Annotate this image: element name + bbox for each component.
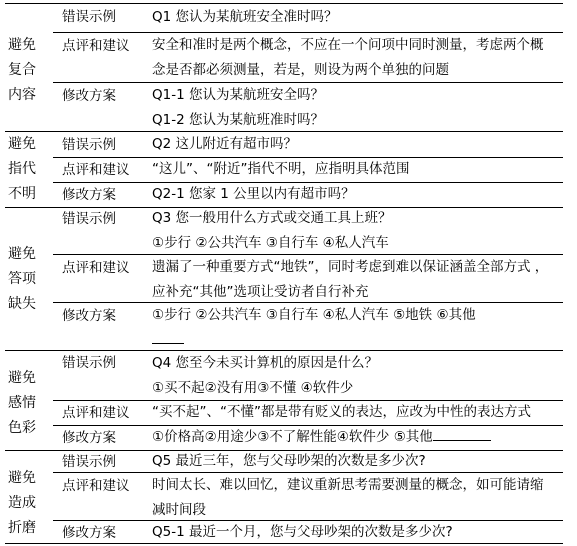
- category-emotional-bias: 避免 感情 色彩: [8, 366, 48, 441]
- row-label-wrong-example: 错误示例: [62, 207, 116, 231]
- row-label-comment: 点评和建议: [62, 474, 130, 498]
- wrong-example-q1: Q1 您认为某航班安全准时吗？: [152, 5, 562, 30]
- row-label-revision: 修改方案: [62, 183, 116, 207]
- row-label-wrong-example: 错误示例: [62, 133, 116, 157]
- comment-q4: “买不起”、“不懂”都是带有贬义的表达，应改为中性的表达方式: [152, 400, 562, 425]
- row-label-comment: 点评和建议: [62, 256, 130, 280]
- revision-q2: Q2-1 您家 1 公里以内有超市吗？: [152, 182, 562, 207]
- revision-q1: Q1-1 您认为某航班安全吗？ Q1-2 您认为某航班准时吗？: [152, 83, 562, 132]
- comment-q5: 时间太长、难以回忆，建议重新思考需要测量的概念，如可能请缩 减时间段: [152, 473, 562, 522]
- wrong-example-q4: Q4 您至今未买计算机的原因是什么？ ①买不起②没有用③不懂 ④软件少: [152, 351, 562, 400]
- table-bottom-border: [5, 543, 563, 544]
- row-label-comment: 点评和建议: [62, 401, 130, 425]
- category-missing-options: 避免 答项 缺失: [8, 242, 48, 317]
- row-label-comment: 点评和建议: [62, 34, 130, 58]
- fill-in-blank: [433, 426, 491, 441]
- row-label-wrong-example: 错误示例: [62, 351, 116, 375]
- wrong-example-q5: Q5 最近三年，您与父母吵架的次数是多少次?: [152, 449, 562, 474]
- table-top-border: [5, 3, 563, 4]
- category-burdensome-recall: 避免 造成 折磨: [8, 466, 48, 541]
- row-label-comment: 点评和建议: [62, 158, 130, 182]
- row-label-revision: 修改方案: [62, 84, 116, 108]
- revision-q4: ①价格高②用途少③不了解性能④软件少 ⑤其他: [152, 425, 562, 450]
- revision-q3: ①步行 ②公共汽车 ③自行车 ④私人汽车 ⑤地铁 ⑥其他: [152, 303, 562, 352]
- row-label-wrong-example: 错误示例: [62, 450, 116, 474]
- category-compound-content: 避免 复合 内容: [8, 33, 48, 108]
- row-label-revision: 修改方案: [62, 521, 116, 545]
- comment-q3: 遗漏了一种重要方式“地铁”，同时考虑到难以保证涵盖全部方式 ， 应补充“其他”选…: [152, 255, 562, 304]
- category-ambiguous-reference: 避免 指代 不明: [8, 132, 48, 207]
- row-label-revision: 修改方案: [62, 426, 116, 450]
- revision-q5: Q5-1 最近一个月，您与父母吵架的次数是多少次?: [152, 520, 562, 545]
- row-label-revision: 修改方案: [62, 304, 116, 328]
- row-label-wrong-example: 错误示例: [62, 5, 116, 29]
- comment-q2: “这儿”、“附近”指代不明，应指明具体范围: [152, 157, 562, 182]
- wrong-example-q3: Q3 您一般用什么方式或交通工具上班？ ①步行 ②公共汽车 ③自行车 ④私人汽车: [152, 206, 562, 255]
- fill-in-blank: [152, 329, 184, 344]
- wrong-example-q2: Q2 这儿附近有超市吗？: [152, 132, 562, 157]
- comment-q1: 安全和准时是两个概念，不应在一个问项中同时测量，考虑两个概 念是否都必须测量，若…: [152, 33, 562, 82]
